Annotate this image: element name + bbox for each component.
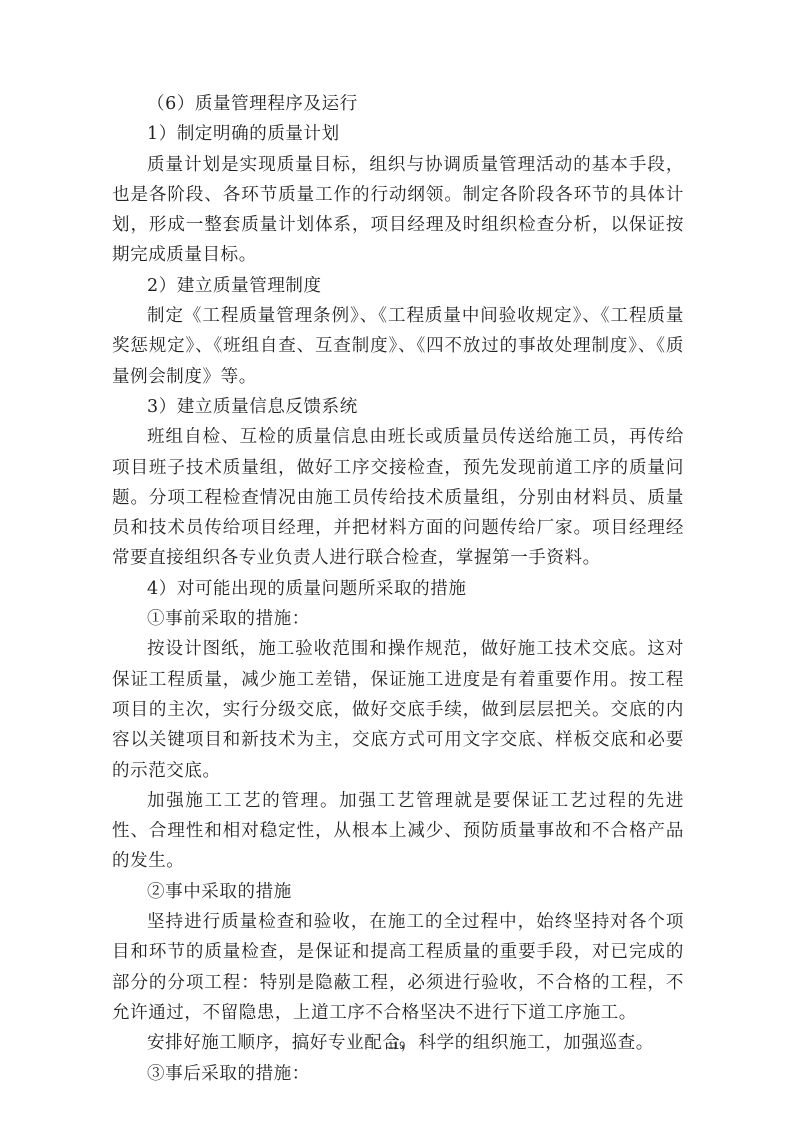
- body-paragraph: 坚持进行质量检查和验收，在施工的全过程中，始终坚持对各个项目和环节的质量检查，是…: [112, 907, 684, 1028]
- body-paragraph: 班组自检、互检的质量信息由班长或质量员传送给施工员，再传给项目班子技术质量组，做…: [112, 422, 684, 573]
- body-paragraph: 加强施工工艺的管理。加强工艺管理就是要保证工艺过程的先进性、合理性和相对稳定性，…: [112, 786, 684, 877]
- body-paragraph: 制定《工程质量管理条例》、《工程质量中间验收规定》、《工程质量奖惩规定》、《班组…: [112, 301, 684, 392]
- subsection-heading: 2）建立质量管理制度: [112, 271, 684, 301]
- document-page: （6）质量管理程序及运行 1）制定明确的质量计划 质量计划是实现质量目标，组织与…: [112, 89, 684, 1089]
- subsection-heading: 1）制定明确的质量计划: [112, 119, 684, 149]
- body-paragraph: 质量计划是实现质量目标，组织与协调质量管理活动的基本手段，也是各阶段、各环节质量…: [112, 150, 684, 271]
- item-heading: ①事前采取的措施：: [112, 604, 684, 634]
- body-paragraph: 按设计图纸，施工验收范围和操作规范，做好施工技术交底。这对保证工程质量，减少施工…: [112, 634, 684, 785]
- page-number: 119: [0, 1040, 793, 1052]
- item-heading: ③事后采取的措施：: [112, 1059, 684, 1089]
- item-heading: ②事中采取的措施: [112, 877, 684, 907]
- subsection-heading: 4）对可能出现的质量问题所采取的措施: [112, 574, 684, 604]
- subsection-heading: 3）建立质量信息反馈系统: [112, 392, 684, 422]
- section-heading: （6）质量管理程序及运行: [112, 89, 684, 119]
